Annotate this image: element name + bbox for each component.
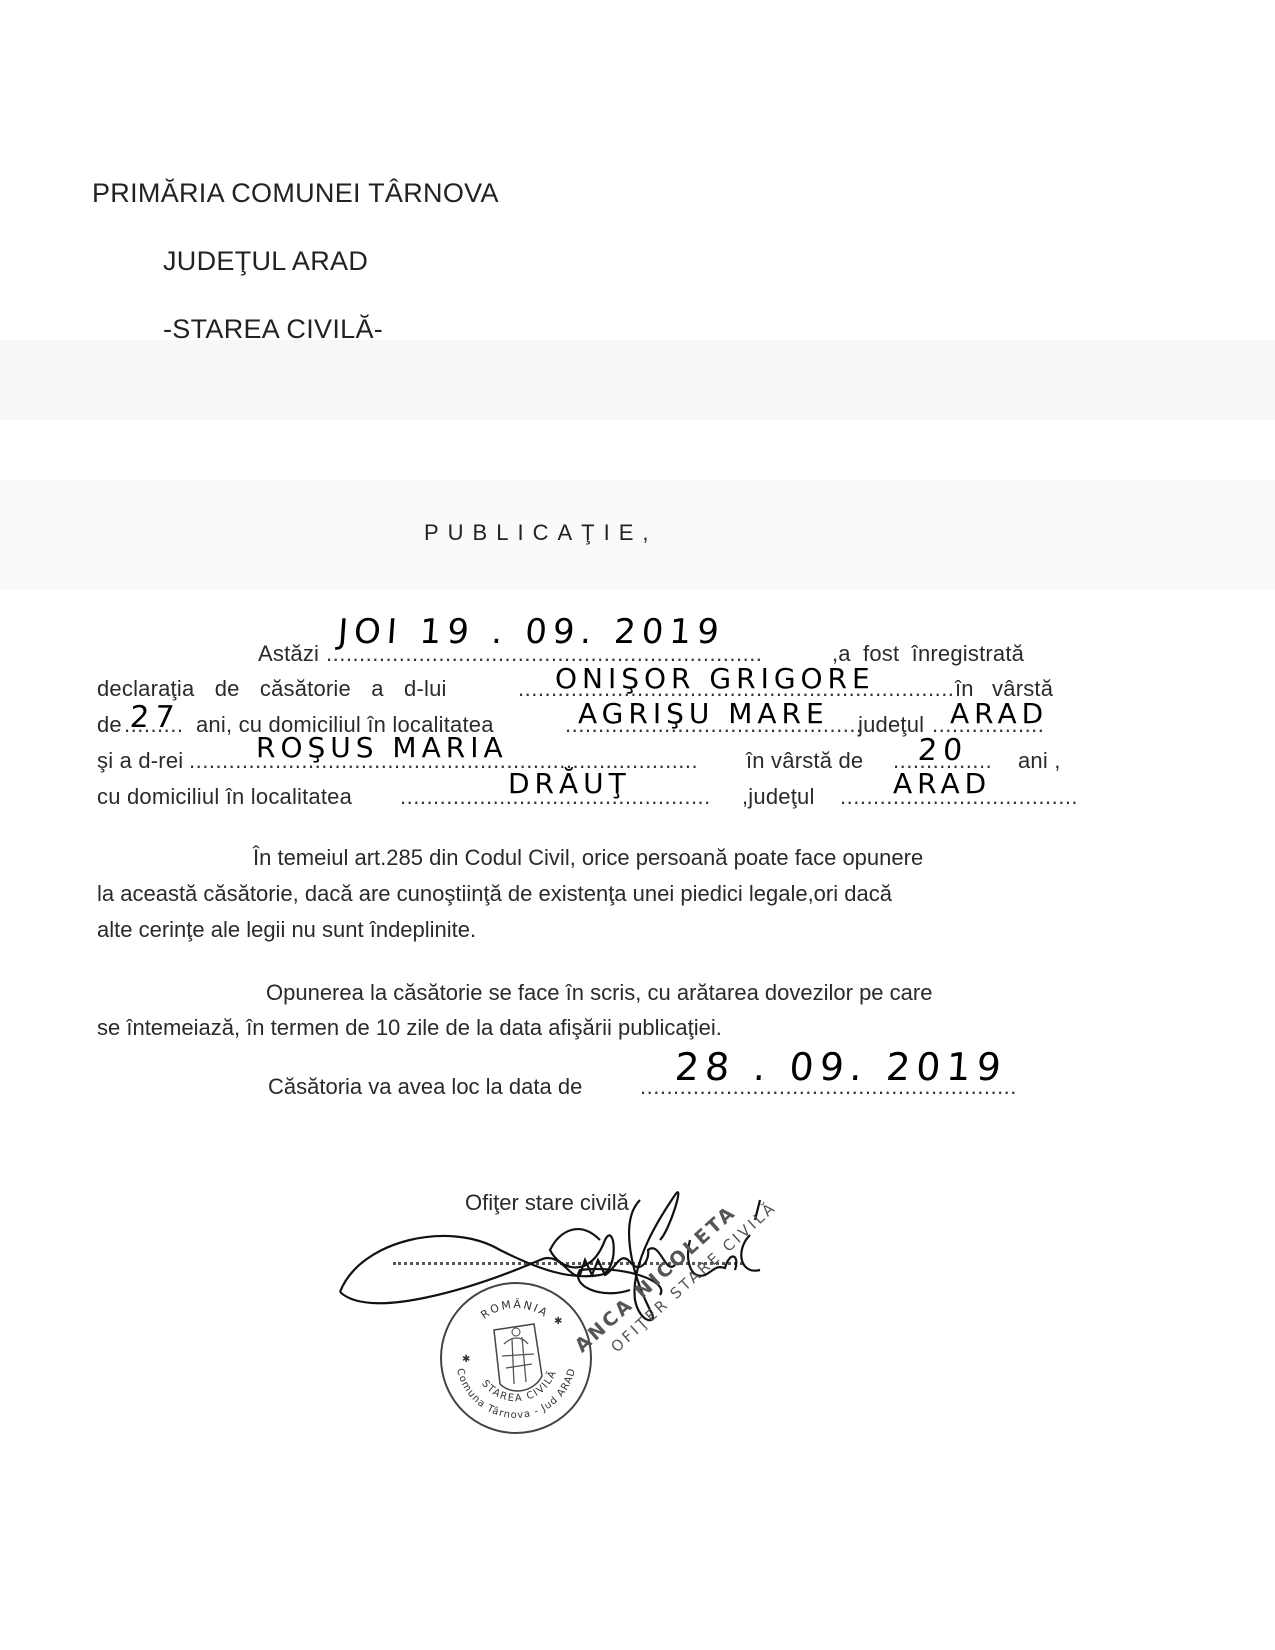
handwritten-bride-age: 20: [917, 733, 970, 768]
label-of: de: [97, 712, 122, 738]
handwritten-registration-date: JOI 19 . 09. 2019: [337, 612, 727, 652]
handwritten-groom-locality: AGRIŞU MARE: [578, 697, 829, 730]
department-name: -STAREA CIVILĂ-: [163, 314, 383, 345]
handwritten-bride-county: ARAD: [893, 767, 991, 800]
label-wedding-date: Căsătoria va avea loc la data de: [268, 1074, 582, 1100]
handwritten-bride-locality: DRĂUŢ: [508, 767, 631, 800]
handwritten-bride-name: ROŞUS MARIA: [256, 731, 508, 764]
handwritten-groom-name: ONIŞOR GRIGORE: [555, 662, 875, 695]
label-declaration: declaraţia de căsătorie a d-lui: [97, 676, 447, 702]
label-bride-county: ,judeţul: [742, 784, 815, 810]
legal-text-line: la această căsătorie, dacă are cunoştiin…: [97, 881, 892, 907]
official-round-stamp: ROMÂNIA Comuna Târnova - Jud ARAD STAREA…: [440, 1282, 592, 1434]
label-and-miss: şi a d-rei: [97, 748, 183, 774]
label-today: Astăzi: [258, 641, 319, 667]
label-bride-domicile: cu domiciliul în localitatea: [97, 784, 352, 810]
legal-text-line: se întemeiază, în termen de 10 zile de l…: [97, 1015, 722, 1041]
scan-shade: [0, 340, 1275, 420]
svg-text:STAREA CIVILĂ: STAREA CIVILĂ: [479, 1368, 559, 1405]
document-title: PUBLICAŢIE,: [424, 520, 657, 546]
svg-text:✱: ✱: [554, 1316, 562, 1327]
legal-text-line: În temeiul art.285 din Codul Civil, oric…: [253, 845, 923, 871]
coat-of-arms-icon: ROMÂNIA Comuna Târnova - Jud ARAD STAREA…: [442, 1284, 590, 1432]
institution-name: PRIMĂRIA COMUNEI TÂRNOVA: [92, 178, 499, 209]
legal-text-line: alte cerinţe ale legii nu sunt îndeplini…: [97, 917, 476, 943]
handwritten-wedding-date: 28 . 09. 2019: [673, 1045, 1008, 1089]
handwritten-groom-age: 27: [129, 700, 182, 735]
label-aged-of: în vârstă de: [746, 748, 863, 774]
svg-text:ROMÂNIA: ROMÂNIA: [478, 1298, 551, 1322]
handwritten-groom-county: ARAD: [950, 697, 1048, 730]
svg-text:✱: ✱: [462, 1354, 470, 1365]
county-name: JUDEŢUL ARAD: [163, 246, 368, 277]
label-county: judeţul: [858, 712, 924, 738]
label-years: ani ,: [1018, 748, 1061, 774]
legal-text-line: Opunerea la căsătorie se face în scris, …: [266, 980, 932, 1006]
